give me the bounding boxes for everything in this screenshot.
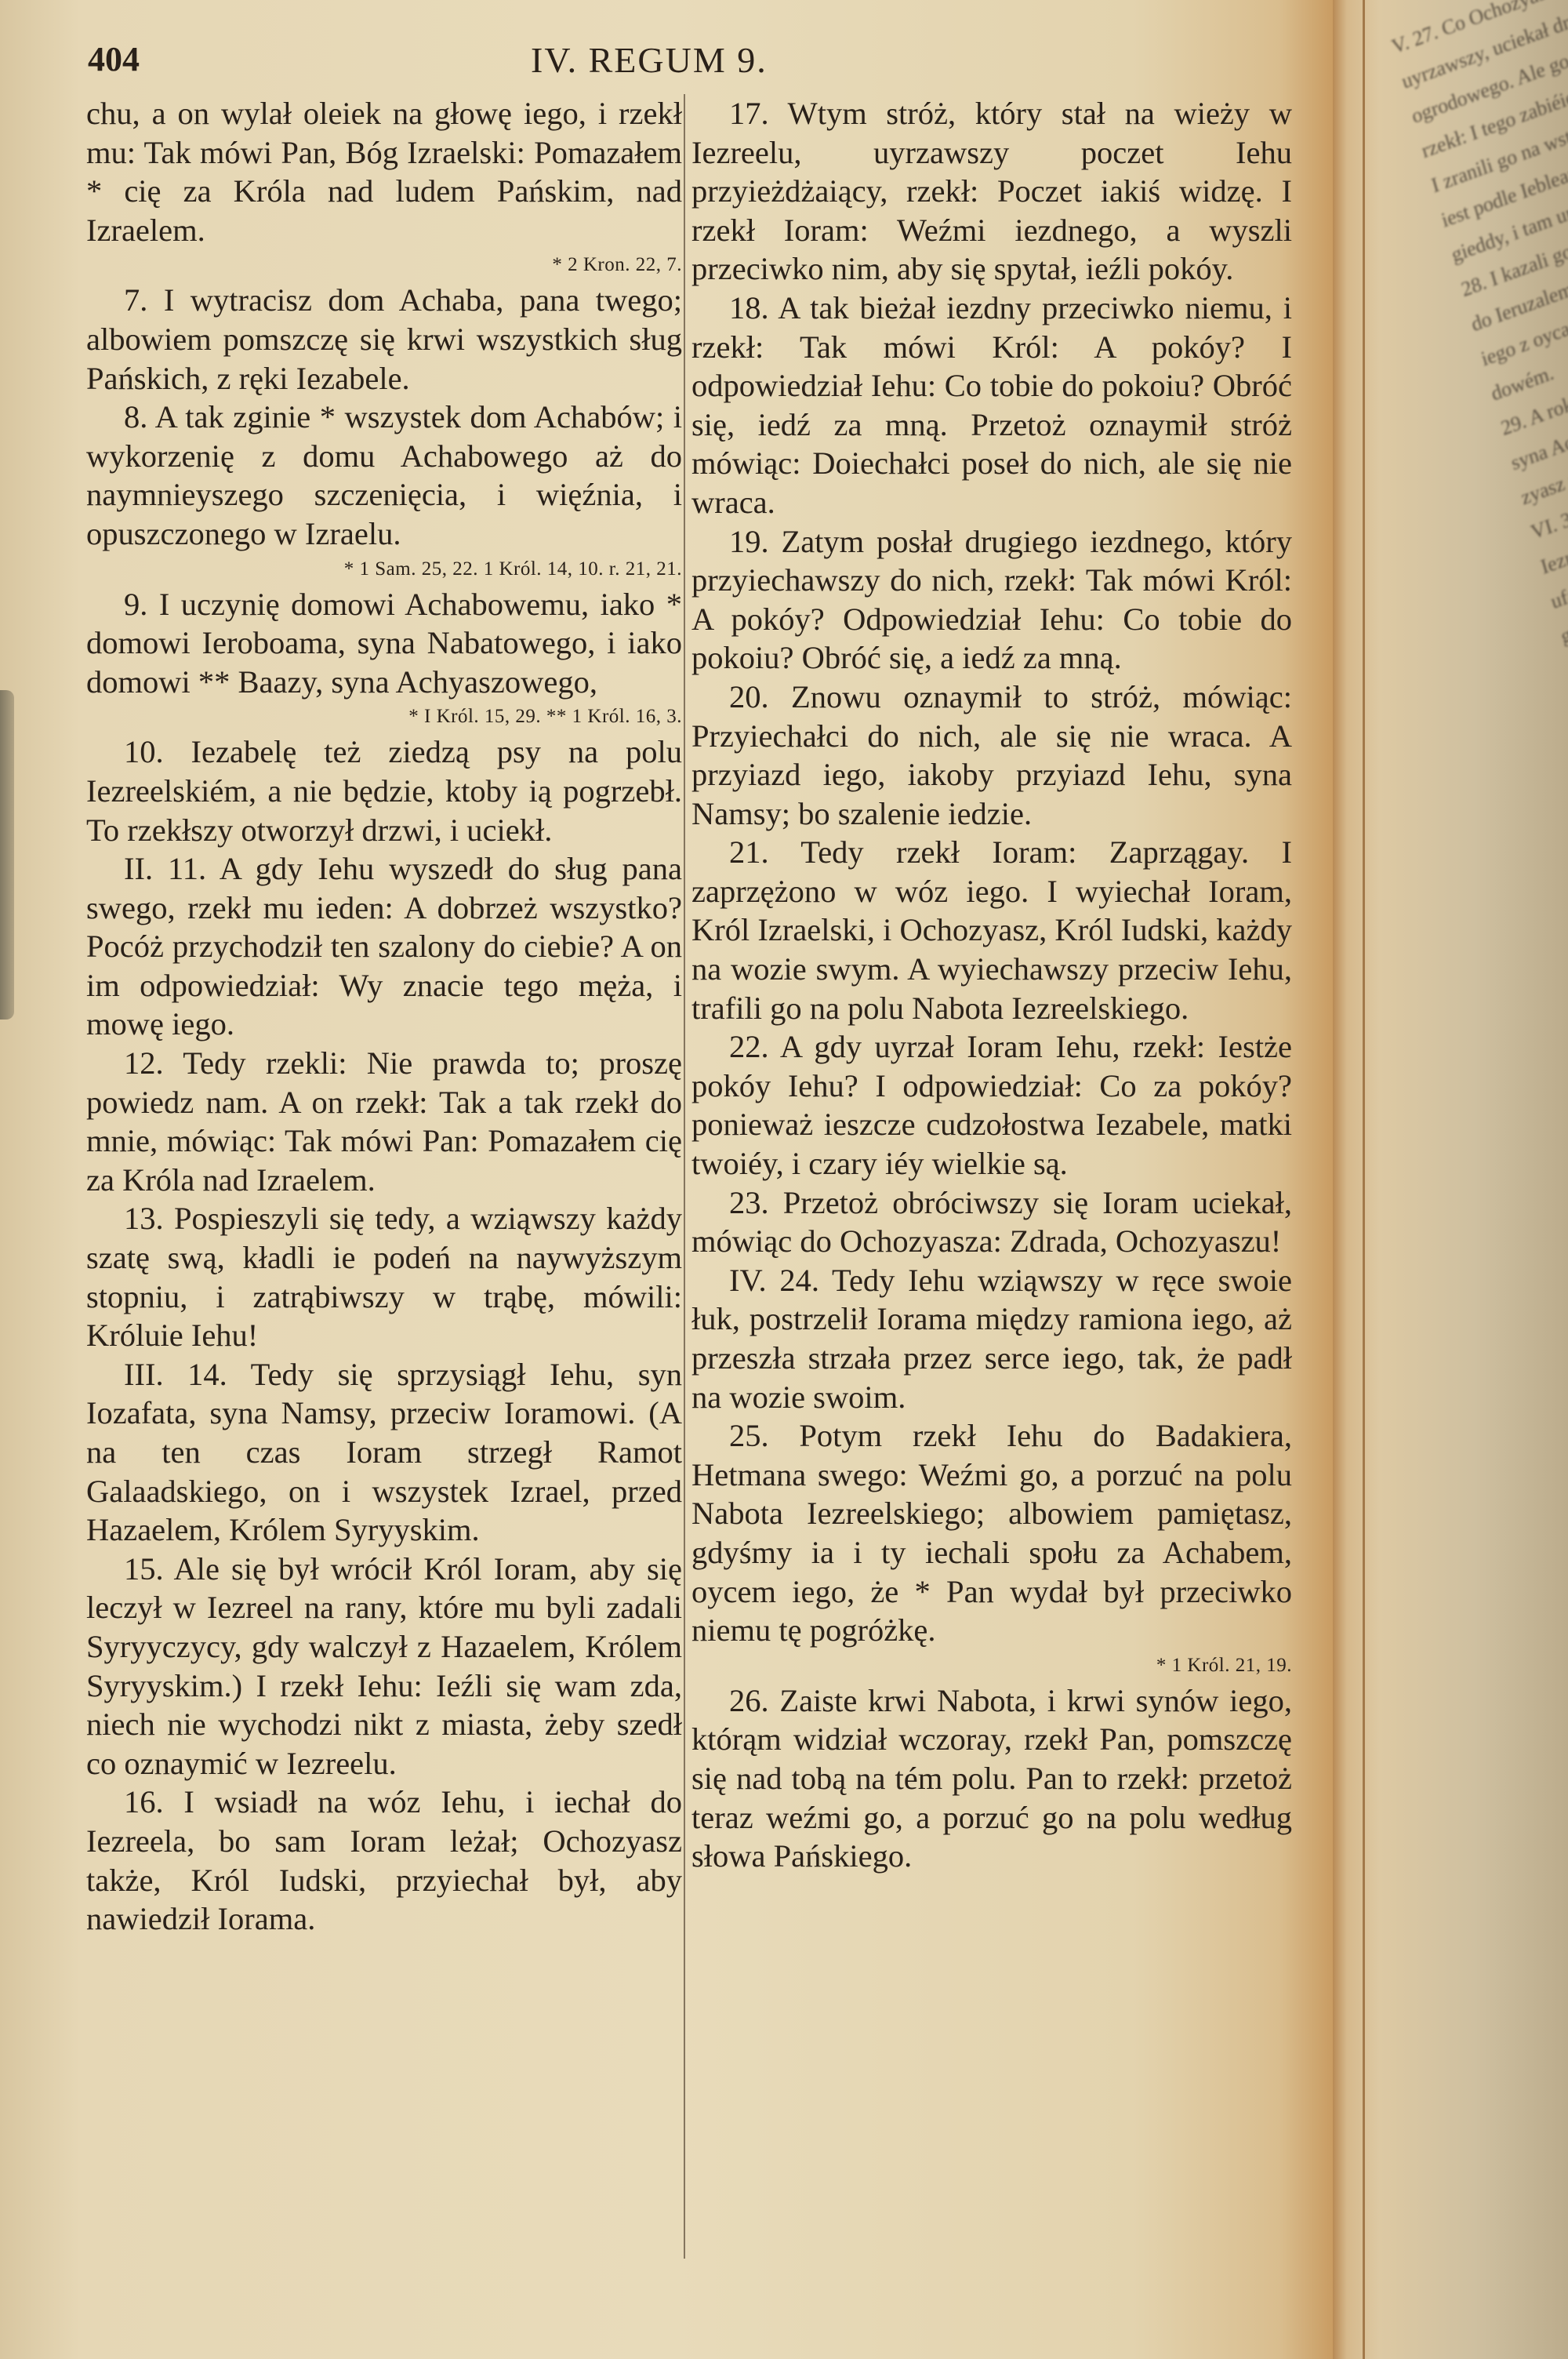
verse-20: 20. Znowu oznaymił to stróż, mówiąc: Prz… (691, 678, 1292, 833)
verse-16: 16. I wsiadł na wóz Iehu, i iechał do Ie… (86, 1783, 682, 1938)
verse-text: 19. Zatym posłał drugiego iezdnego, któr… (691, 524, 1292, 676)
verse-25: 25. Potym rzekł Iehu do Badakiera, Hetma… (691, 1416, 1292, 1681)
verse-text: 15. Ale się był wrócił Król Ioram, aby s… (86, 1551, 682, 1781)
verse-text: 22. A gdy uyrzał Ioram Iehu, rzekł: Iest… (691, 1029, 1292, 1181)
book-page-404: 404 IV. REGUM 9. chu, a on wylał oleiek … (0, 0, 1333, 2359)
verse-text: 8. A tak zginie * wszystek dom Achabów; … (86, 399, 682, 551)
verse-text: 26. Zaiste krwi Nabota, i krwi synów ieg… (691, 1683, 1292, 1874)
verse-text: 13. Pospieszyli się tedy, a wziąwszy każ… (86, 1201, 682, 1353)
adjacent-page-text: V. 27. Co Ochozyasz uyrzawszy, uciekał d… (1388, 0, 1568, 1245)
verse-9: 9. I uczynię domowi Achabowemu, iako * d… (86, 585, 682, 733)
verse-22: 22. A gdy uyrzał Ioram Iehu, rzekł: Iest… (691, 1027, 1292, 1183)
verse-11: II. 11. A gdy Iehu wyszedł do sług pana … (86, 849, 682, 1044)
verse-19: 19. Zatym posłał drugiego iezdnego, któr… (691, 522, 1292, 678)
cross-reference: * 1 Sam. 25, 22. 1 Król. 14, 10. r. 21, … (86, 554, 682, 585)
verse-text: 12. Tedy rzekli: Nie prawda to; proszę p… (86, 1045, 682, 1198)
verse-text: 25. Potym rzekł Iehu do Badakiera, Hetma… (691, 1418, 1292, 1648)
left-column: chu, a on wylał oleiek na głowę iego, i … (86, 94, 682, 1939)
verse-text: 17. Wtym stróż, który stał na wieży w Ie… (691, 96, 1292, 286)
thumb-shadow (0, 690, 14, 1020)
verse-text: 16. I wsiadł na wóz Iehu, i iechał do Ie… (86, 1784, 682, 1936)
verse-14: III. 14. Tedy się sprzysiągł Iehu, syn I… (86, 1355, 682, 1550)
verse-18: 18. A tak bieżał iezdny przeciwko niemu,… (691, 289, 1292, 522)
cross-reference: * 2 Kron. 22, 7. (86, 249, 682, 281)
page-gutter-line (1363, 0, 1365, 2359)
verse-6-continuation: chu, a on wylał oleiek na głowę iego, i … (86, 94, 682, 281)
verse-12: 12. Tedy rzekli: Nie prawda to; proszę p… (86, 1044, 682, 1199)
verse-text: II. 11. A gdy Iehu wyszedł do sług pana … (86, 851, 682, 1041)
verse-26: 26. Zaiste krwi Nabota, i krwi synów ieg… (691, 1681, 1292, 1876)
verse-8: 8. A tak zginie * wszystek dom Achabów; … (86, 398, 682, 584)
verse-text: 21. Tedy rzekł Ioram: Zaprzągay. I zaprz… (691, 834, 1292, 1025)
verse-text: 20. Znowu oznaymił to stróż, mówiąc: Prz… (691, 679, 1292, 831)
cross-reference: * 1 Król. 21, 19. (691, 1650, 1292, 1681)
page-number: 404 (88, 39, 140, 79)
verse-10: 10. Iezabelę też ziedzą psy na polu Iezr… (86, 732, 682, 849)
adjacent-page-edge: V. 27. Co Ochozyasz uyrzawszy, uciekał d… (1333, 0, 1568, 2359)
page-header: 404 IV. REGUM 9. (88, 39, 1311, 94)
verse-text: 7. I wytracisz dom Achaba, pana twego; a… (86, 282, 682, 395)
verse-23: 23. Przetoż obróciwszy się Ioram uciekał… (691, 1183, 1292, 1261)
verse-text: 23. Przetoż obróciwszy się Ioram uciekał… (691, 1185, 1292, 1259)
verse-17: 17. Wtym stróż, który stał na wieży w Ie… (691, 94, 1292, 289)
column-divider (684, 94, 685, 2259)
right-column: 17. Wtym stróż, który stał na wieży w Ie… (691, 94, 1292, 1876)
verse-text: chu, a on wylał oleiek na głowę iego, i … (86, 96, 682, 248)
verse-text: 9. I uczynię domowi Achabowemu, iako * d… (86, 587, 682, 700)
verse-21: 21. Tedy rzekł Ioram: Zaprzągay. I zaprz… (691, 833, 1292, 1027)
verse-15: 15. Ale się był wrócił Król Ioram, aby s… (86, 1550, 682, 1783)
verse-24: IV. 24. Tedy Iehu wziąwszy w ręce swoie … (691, 1261, 1292, 1416)
verse-7: 7. I wytracisz dom Achaba, pana twego; a… (86, 281, 682, 398)
running-head: IV. REGUM 9. (531, 39, 768, 81)
verse-text: IV. 24. Tedy Iehu wziąwszy w ręce swoie … (691, 1263, 1292, 1415)
verse-text: 10. Iezabelę też ziedzą psy na polu Iezr… (86, 734, 682, 847)
cross-reference: * I Król. 15, 29. ** 1 Król. 16, 3. (86, 701, 682, 732)
verse-text: III. 14. Tedy się sprzysiągł Iehu, syn I… (86, 1357, 682, 1547)
verse-13: 13. Pospieszyli się tedy, a wziąwszy każ… (86, 1199, 682, 1354)
verse-text: 18. A tak bieżał iezdny przeciwko niemu,… (691, 290, 1292, 520)
